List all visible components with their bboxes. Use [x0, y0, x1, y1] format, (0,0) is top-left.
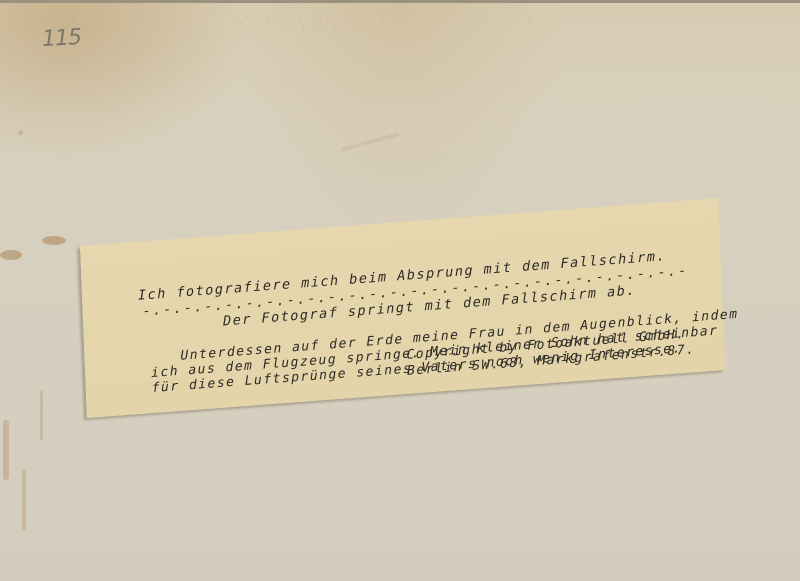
photo-board-back: . . . . . . . . . . . . . . . . . . . . … [0, 0, 800, 581]
stain [3, 420, 9, 480]
stain [18, 130, 23, 135]
stain [341, 132, 400, 151]
board-top-edge [0, 0, 800, 3]
offset-print-mark: . . . . . . . . . . . . . . . [235, 12, 386, 20]
stain [40, 390, 43, 440]
offset-print-mark: . . . . . . . . . . . . [485, 13, 605, 21]
pencil-catalog-number: 115 [41, 25, 81, 52]
typed-caption-label: Ich fotografiere mich beim Absprung mit … [80, 198, 725, 418]
stain [22, 470, 26, 530]
offset-print-mark: . . . . . . . . . . [270, 24, 369, 32]
stain [0, 250, 22, 260]
offset-print-mark: . . . . [40, 12, 77, 20]
stain [42, 236, 66, 245]
